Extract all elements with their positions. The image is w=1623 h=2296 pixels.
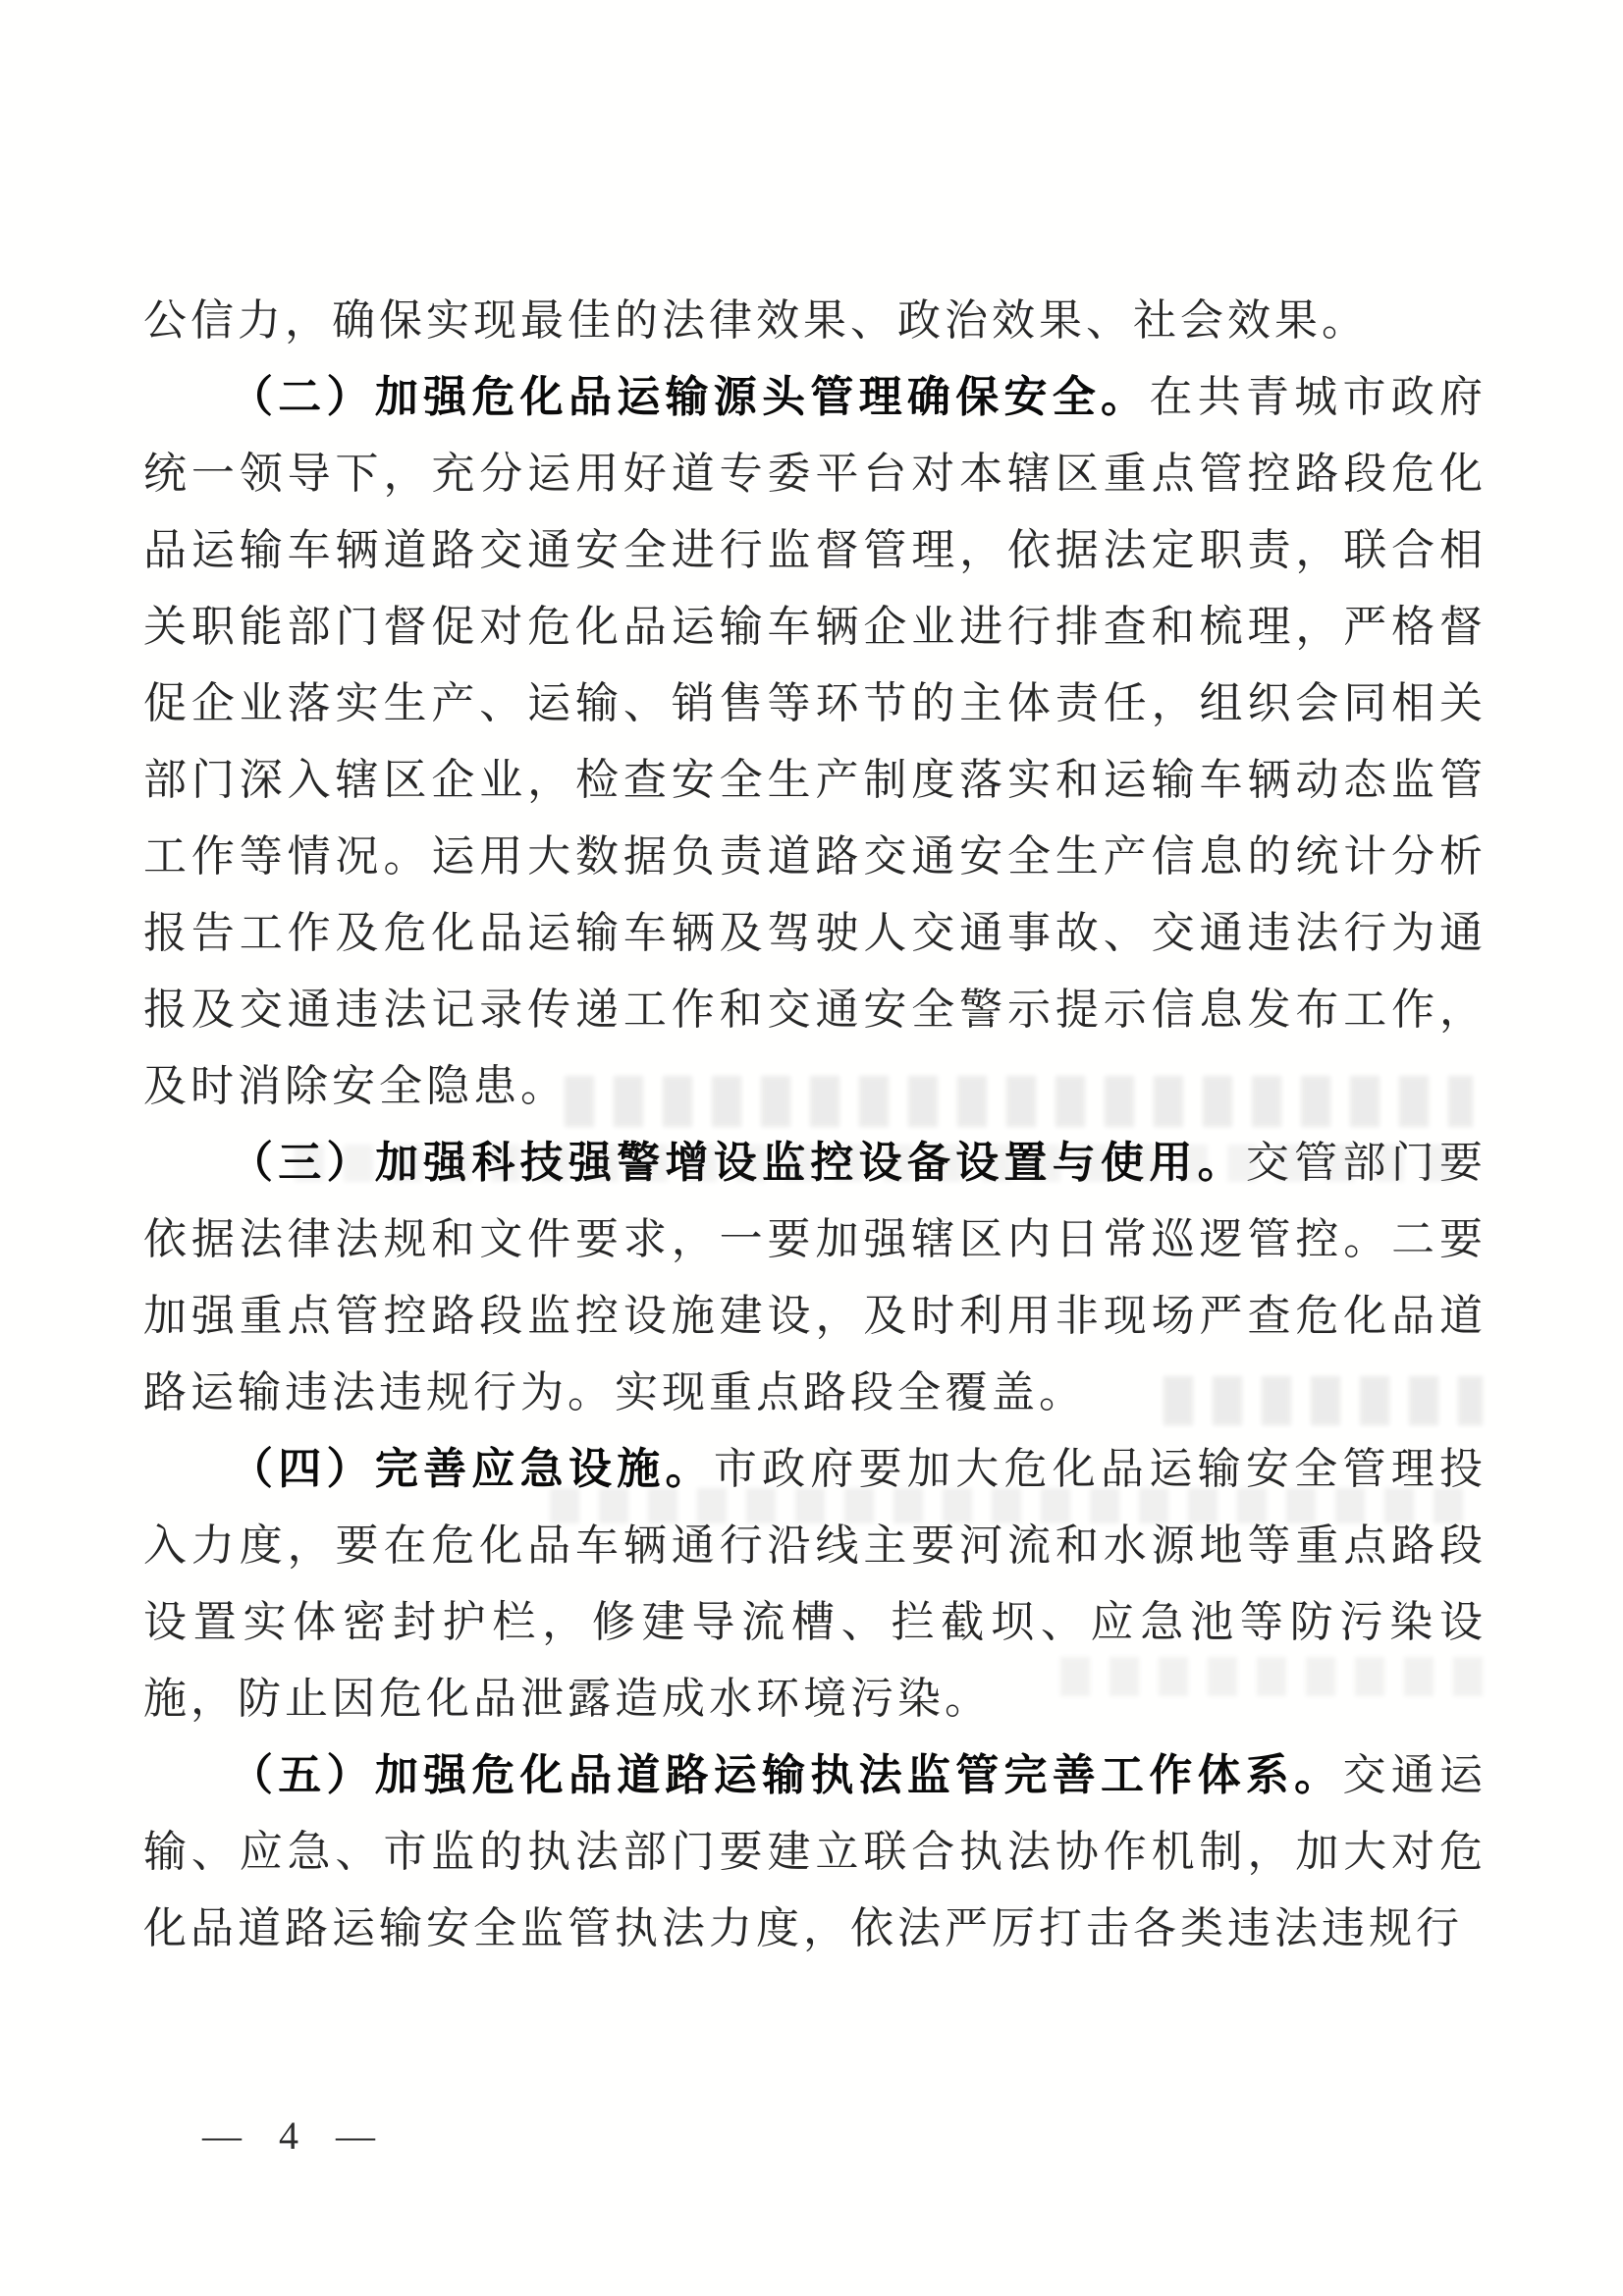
document-body: 公信力，确保实现最佳的法律效果、政治效果、社会效果。 （二）加强危化品运输源头管… — [143, 283, 1487, 1967]
paragraph-text: 公信力，确保实现最佳的法律效果、政治效果、社会效果。 — [143, 296, 1369, 345]
page-number: — 4 — — [202, 2112, 389, 2159]
paragraph: （四）完善应急设施。市政府要加大危化品运输安全管理投入力度，要在危化品车辆通行沿… — [143, 1431, 1487, 1737]
section-heading: （三）加强科技强警增设监控设备设置与使用。 — [230, 1139, 1246, 1187]
paragraph: 公信力，确保实现最佳的法律效果、政治效果、社会效果。 — [143, 283, 1487, 359]
paragraph: （三）加强科技强警增设监控设备设置与使用。交管部门要依据法律法规和文件要求，一要… — [143, 1125, 1487, 1431]
section-heading: （五）加强危化品道路运输执法监管完善工作体系。 — [230, 1751, 1342, 1799]
document-page: 公信力，确保实现最佳的法律效果、政治效果、社会效果。 （二）加强危化品运输源头管… — [0, 0, 1623, 2296]
paragraph: （五）加强危化品道路运输执法监管完善工作体系。交通运输、应急、市监的执法部门要建… — [143, 1737, 1487, 1967]
section-heading: （四）完善应急设施。 — [230, 1445, 714, 1493]
section-heading: （二）加强危化品运输源头管理确保安全。 — [230, 373, 1149, 421]
paragraph: （二）加强危化品运输源头管理确保安全。在共青城市政府统一领导下，充分运用好道专委… — [143, 359, 1487, 1125]
paragraph-text: 在共青城市政府统一领导下，充分运用好道专委平台对本辖区重点管控路段危化品运输车辆… — [143, 373, 1487, 1110]
